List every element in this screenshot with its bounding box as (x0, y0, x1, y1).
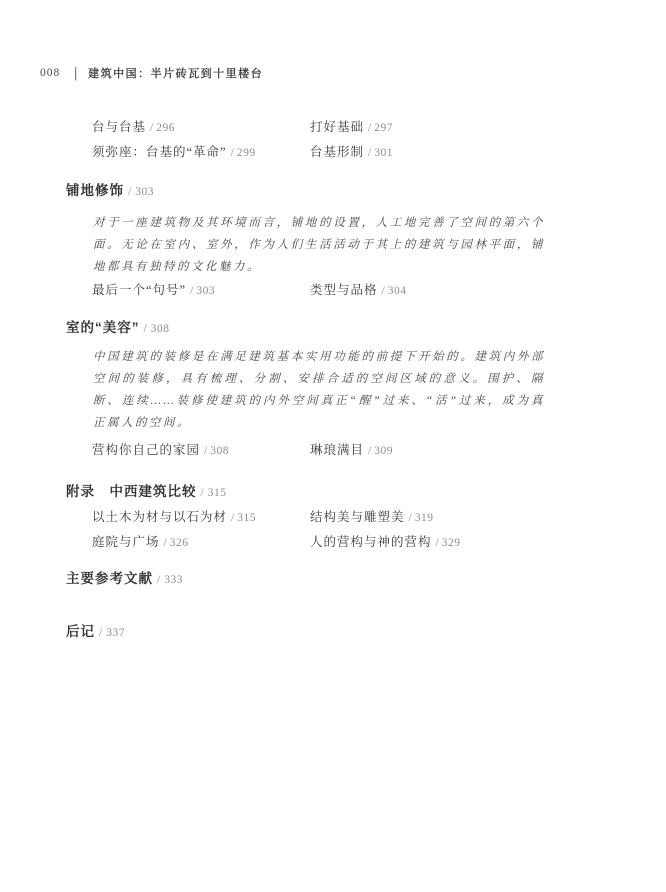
toc-entry: 台基形制/301 (310, 140, 546, 165)
entry-page-number: 326 (170, 537, 189, 549)
toc-entry-row: 营构你自己的家园/308 琳琅满目/309 (66, 438, 546, 463)
entry-separator: / (382, 285, 385, 297)
section-title: 室的“美容” (66, 320, 140, 335)
entry-separator: / (231, 147, 234, 159)
entry-separator: / (368, 122, 371, 134)
entry-separator: / (150, 122, 153, 134)
entry-title: 打好基础 (310, 120, 364, 134)
running-header: 008 | 建筑中国：半片砖瓦到十里楼台 (40, 64, 263, 82)
entry-title: 台与台基 (92, 120, 146, 134)
section-heading-interior: 室的“美容”/308 (66, 316, 546, 341)
toc-entry-row: 最后一个“句号”/303 类型与品格/304 (66, 278, 546, 303)
section-page-number: 337 (106, 627, 125, 639)
entry-separator: / (190, 285, 193, 297)
entry-page-number: 329 (442, 537, 461, 549)
entry-separator: / (144, 323, 148, 335)
section-page-number: 303 (135, 186, 154, 198)
toc-entry: 须弥座：台基的“革命”/299 (92, 140, 310, 165)
entry-title: 人的营构与神的营构 (310, 535, 432, 549)
section-title: 铺地修饰 (66, 183, 124, 198)
toc-entry: 以土木为材与以石为材/315 (92, 505, 310, 530)
toc-entry: 台与台基/296 (92, 115, 310, 140)
running-title: 建筑中国：半片砖瓦到十里楼台 (88, 65, 263, 81)
section-summary: 中国建筑的装修是在满足建筑基本实用功能的前提下开始的。建筑内外部空间的装修，具有… (93, 346, 545, 434)
entry-title: 类型与品格 (310, 283, 378, 297)
entry-separator: / (368, 147, 371, 159)
toc-entry: 人的营构与神的营构/329 (310, 530, 546, 555)
section-page-number: 333 (164, 574, 183, 586)
entry-title: 台基形制 (310, 145, 364, 159)
toc-entry: 类型与品格/304 (310, 278, 546, 303)
entry-title: 最后一个“句号” (92, 283, 186, 297)
entry-page-number: 308 (210, 445, 229, 457)
entry-title: 营构你自己的家园 (92, 443, 200, 457)
section-heading-postscript: 后记/337 (66, 620, 546, 645)
book-toc-page: 008 | 建筑中国：半片砖瓦到十里楼台 台与台基/296 打好基础/297 须… (0, 0, 666, 892)
section-page-number: 315 (208, 487, 227, 499)
entry-page-number: 296 (156, 122, 175, 134)
entry-separator: / (201, 487, 205, 499)
entry-separator: / (157, 574, 161, 586)
section-summary: 对于一座建筑物及其环境而言，铺地的设置，人工地完善了空间的第六个面。无论在室内、… (93, 212, 545, 278)
entry-page-number: 315 (237, 512, 256, 524)
entry-title: 须弥座：台基的“革命” (92, 145, 227, 159)
entry-page-number: 297 (374, 122, 393, 134)
section-heading-paving: 铺地修饰/303 (66, 179, 546, 204)
header-divider: | (74, 64, 77, 82)
entry-title: 庭院与广场 (92, 535, 160, 549)
entry-page-number: 309 (374, 445, 393, 457)
toc-entry-row: 以土木为材与以石为材/315 结构美与雕塑美/319 (66, 505, 546, 530)
entry-separator: / (128, 186, 132, 198)
section-title: 附录 中西建筑比较 (66, 484, 197, 499)
toc-entry-row: 台与台基/296 打好基础/297 (66, 115, 546, 140)
section-title: 后记 (66, 624, 95, 639)
toc-entry-row: 庭院与广场/326 人的营构与神的营构/329 (66, 530, 546, 555)
toc-entry: 庭院与广场/326 (92, 530, 310, 555)
toc-entry: 最后一个“句号”/303 (92, 278, 310, 303)
entry-page-number: 319 (415, 512, 434, 524)
entry-separator: / (368, 445, 371, 457)
toc-entry: 琳琅满目/309 (310, 438, 546, 463)
entry-separator: / (99, 627, 103, 639)
section-page-number: 308 (151, 323, 170, 335)
entry-separator: / (436, 537, 439, 549)
toc-entry: 营构你自己的家园/308 (92, 438, 310, 463)
entry-title: 结构美与雕塑美 (310, 510, 405, 524)
entry-page-number: 299 (237, 147, 256, 159)
entry-page-number: 301 (374, 147, 393, 159)
entry-separator: / (231, 512, 234, 524)
toc-entry-row: 须弥座：台基的“革命”/299 台基形制/301 (66, 140, 546, 165)
entry-separator: / (204, 445, 207, 457)
folio-page-number: 008 (40, 67, 60, 79)
entry-page-number: 303 (196, 285, 215, 297)
section-heading-references: 主要参考文献/333 (66, 567, 546, 592)
section-heading-appendix: 附录 中西建筑比较/315 (66, 480, 546, 505)
toc-entry: 结构美与雕塑美/319 (310, 505, 546, 530)
entry-separator: / (409, 512, 412, 524)
entry-title: 以土木为材与以石为材 (92, 510, 227, 524)
entry-title: 琳琅满目 (310, 443, 364, 457)
entry-page-number: 304 (388, 285, 407, 297)
entry-separator: / (164, 537, 167, 549)
section-title: 主要参考文献 (66, 571, 153, 586)
toc-entry: 打好基础/297 (310, 115, 546, 140)
table-of-contents: 台与台基/296 打好基础/297 须弥座：台基的“革命”/299 台基形制/3… (66, 115, 546, 645)
